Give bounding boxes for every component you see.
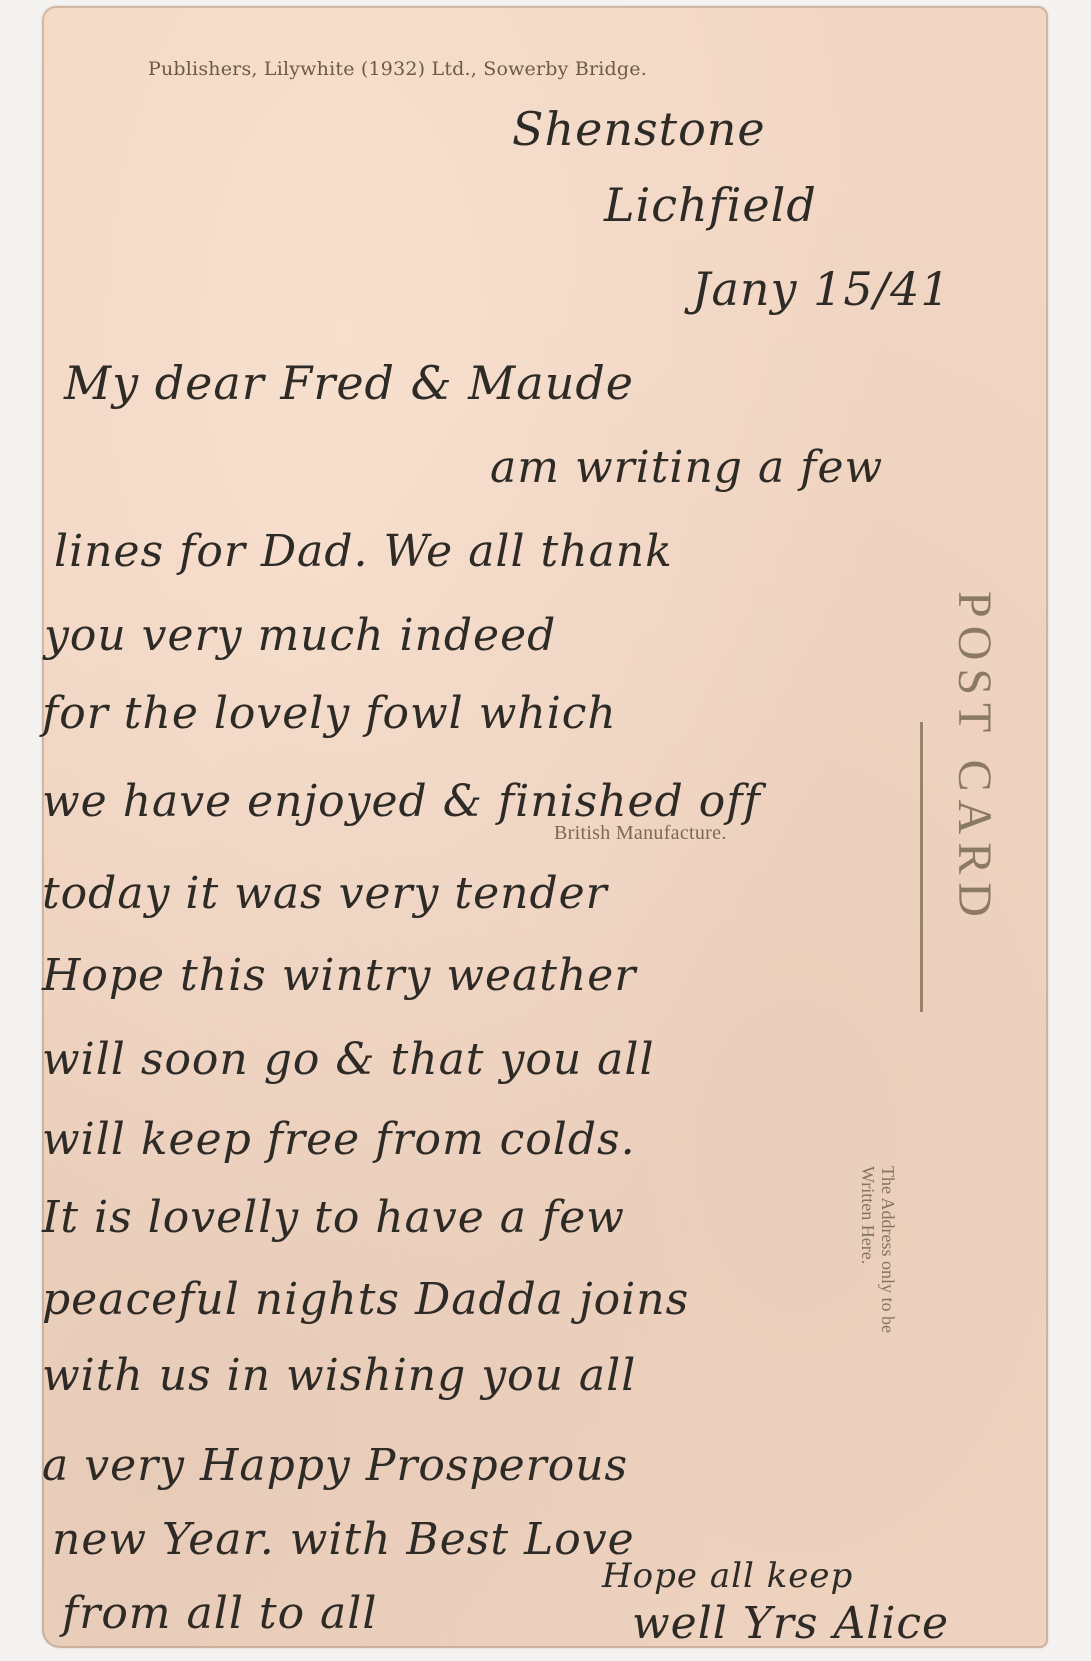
letter-line-2: lines for Dad. We all thank — [54, 526, 673, 577]
publisher-imprint: Publishers, Lilywhite (1932) Ltd., Sower… — [148, 58, 647, 80]
letter-line-1: am writing a few — [490, 442, 883, 493]
address-divider-line — [920, 722, 923, 1012]
letter-line-14: new Year. with Best Love — [52, 1514, 635, 1565]
letter-line-12: with us in wishing you all — [42, 1350, 636, 1401]
letter-line-15: from all to all — [62, 1588, 377, 1639]
letter-place-line1: Shenstone — [512, 102, 766, 156]
letter-line-13: a very Happy Prosperous — [42, 1440, 628, 1491]
letter-postscript-line2: well Yrs Alice — [632, 1598, 949, 1649]
letter-place-line2: Lichfield — [604, 178, 817, 232]
letter-line-9: will keep free from colds. — [42, 1114, 636, 1165]
letter-line-5: we have enjoyed & finished off — [42, 776, 761, 827]
address-instruction-line1: The Address only to be — [878, 1166, 898, 1333]
letter-line-8: will soon go & that you all — [42, 1034, 655, 1085]
letter-salutation: My dear Fred & Maude — [64, 356, 634, 410]
address-instruction: The Address only to be Written Here. — [858, 1166, 898, 1333]
post-card-label: POST CARD — [942, 591, 1002, 1011]
letter-line-7: Hope this wintry weather — [42, 950, 636, 1001]
letter-line-4: for the lovely fowl which — [42, 688, 617, 739]
letter-line-6: today it was very tender — [42, 868, 608, 919]
letter-line-3: you very much indeed — [44, 610, 556, 661]
address-instruction-line2: Written Here. — [858, 1166, 878, 1333]
letter-line-11: peaceful nights Dadda joins — [42, 1274, 689, 1325]
letter-line-10: It is lovelly to have a few — [42, 1192, 625, 1243]
letter-postscript-line1: Hope all keep — [602, 1556, 853, 1596]
manufacture-imprint: British Manufacture. — [554, 822, 727, 845]
letter-date: Jany 15/41 — [692, 262, 951, 316]
postcard-back: Publishers, Lilywhite (1932) Ltd., Sower… — [42, 6, 1048, 1648]
